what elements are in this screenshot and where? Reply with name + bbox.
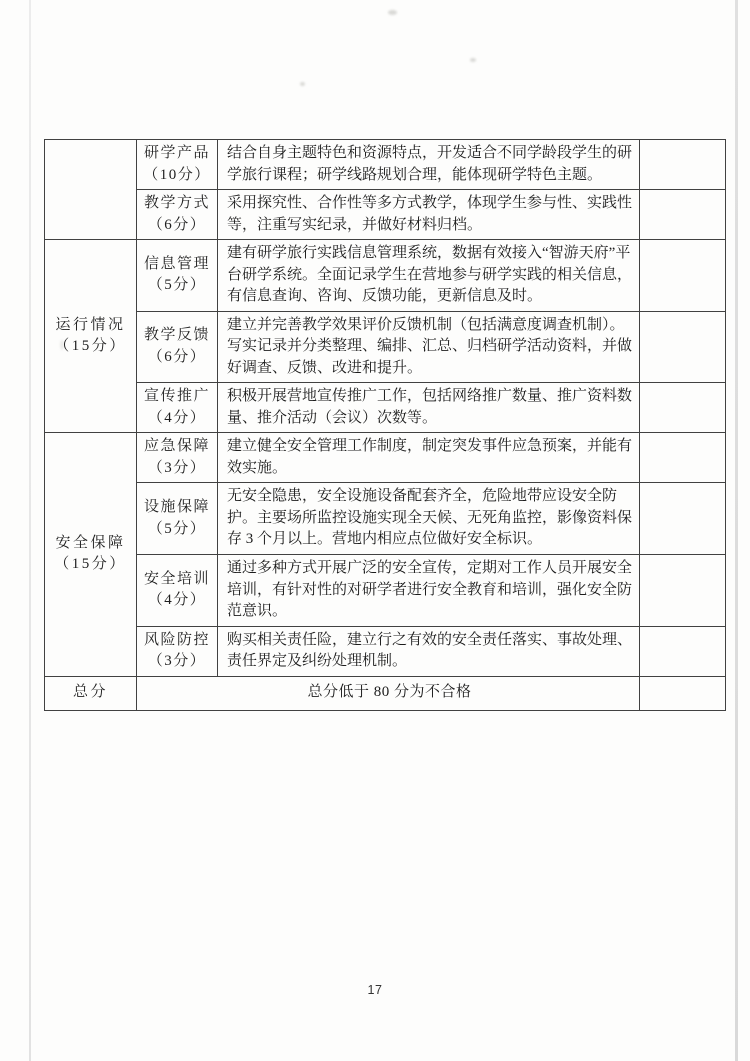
item-points: （5分） (138, 275, 216, 297)
item-points: （4分） (138, 590, 216, 612)
table-row: 安全培训 （4分） 通过多种方式开展广泛的安全宣传，定期对工作人员开展安全培训，… (45, 555, 726, 627)
item-cell: 信息管理 （5分） (137, 240, 218, 312)
score-cell (640, 676, 726, 710)
desc-cell: 购买相关责任险，建立行之有效的安全责任落实、事故处理、责任界定及纠纷处理机制。 (218, 626, 640, 676)
item-cell: 安全培训 （4分） (137, 555, 218, 627)
total-label-cell: 总分 (45, 676, 137, 710)
item-cell: 设施保障 （5分） (137, 483, 218, 555)
score-cell (640, 240, 726, 312)
table-row: 教学反馈 （6分） 建立并完善教学效果评价反馈机制（包括满意度调查机制）。写实记… (45, 311, 726, 383)
table-row-total: 总分 总分低于 80 分为不合格 (45, 676, 726, 710)
item-name: 设施保障 (138, 497, 216, 519)
desc-cell: 通过多种方式开展广泛的安全宣传，定期对工作人员开展安全培训，有针对性的对研学者进… (218, 555, 640, 627)
category-cell-continued (45, 140, 137, 240)
table-row: 设施保障 （5分） 无安全隐患，安全设施设备配套齐全，危险地带应设安全防护。主要… (45, 483, 726, 555)
item-name: 安全培训 (138, 569, 216, 591)
table-row: 风险防控 （3分） 购买相关责任险，建立行之有效的安全责任落实、事故处理、责任界… (45, 626, 726, 676)
score-cell (640, 140, 726, 190)
item-cell: 宣传推广 （4分） (137, 383, 218, 433)
item-name: 宣传推广 (138, 386, 216, 408)
table-row: 运行情况 （15分） 信息管理 （5分） 建有研学旅行实践信息管理系统，数据有效… (45, 240, 726, 312)
category-points: （15分） (46, 336, 135, 358)
item-points: （10分） (138, 165, 216, 187)
desc-cell: 建立并完善教学效果评价反馈机制（包括满意度调查机制）。写实记录并分类整理、编排、… (218, 311, 640, 383)
scan-edge-left (29, 0, 31, 1061)
score-cell (640, 190, 726, 240)
category-points: （15分） (46, 554, 135, 576)
category-name: 安全保障 (46, 533, 135, 555)
table-row: 宣传推广 （4分） 积极开展营地宣传推广工作，包括网络推广数量、推广资料数量、推… (45, 383, 726, 433)
score-cell (640, 311, 726, 383)
scan-speck (300, 82, 305, 86)
desc-cell: 积极开展营地宣传推广工作，包括网络推广数量、推广资料数量、推介活动（会议）次数等… (218, 383, 640, 433)
table-row: 安全保障 （15分） 应急保障 （3分） 建立健全安全管理工作制度，制定突发事件… (45, 433, 726, 483)
item-cell: 应急保障 （3分） (137, 433, 218, 483)
item-cell: 研学产品 （10分） (137, 140, 218, 190)
item-points: （5分） (138, 519, 216, 541)
desc-cell: 无安全隐患，安全设施设备配套齐全，危险地带应设安全防护。主要场所监控设施实现全天… (218, 483, 640, 555)
scan-speck (388, 10, 397, 15)
item-cell: 教学方式 （6分） (137, 190, 218, 240)
item-cell: 风险防控 （3分） (137, 626, 218, 676)
desc-cell: 采用探究性、合作性等多方式教学，体现学生参与性、实践性等，注重写实纪录，并做好材… (218, 190, 640, 240)
item-points: （6分） (138, 215, 216, 237)
item-name: 教学反馈 (138, 325, 216, 347)
item-points: （3分） (138, 651, 216, 673)
table-row: 教学方式 （6分） 采用探究性、合作性等多方式教学，体现学生参与性、实践性等，注… (45, 190, 726, 240)
scan-edge-right (735, 0, 738, 1061)
score-cell (640, 483, 726, 555)
category-cell-operations: 运行情况 （15分） (45, 240, 137, 433)
item-points: （6分） (138, 347, 216, 369)
desc-cell: 建有研学旅行实践信息管理系统，数据有效接入“智游天府”平台研学系统。全面记录学生… (218, 240, 640, 312)
item-name: 风险防控 (138, 630, 216, 652)
total-note-cell: 总分低于 80 分为不合格 (137, 676, 640, 710)
item-points: （4分） (138, 408, 216, 430)
item-name: 教学方式 (138, 193, 216, 215)
scan-speck (470, 58, 476, 62)
score-cell (640, 433, 726, 483)
item-name: 信息管理 (138, 254, 216, 276)
score-cell (640, 555, 726, 627)
evaluation-table: 研学产品 （10分） 结合自身主题特色和资源特点，开发适合不同学龄段学生的研学旅… (44, 139, 726, 711)
score-cell (640, 626, 726, 676)
item-cell: 教学反馈 （6分） (137, 311, 218, 383)
item-name: 研学产品 (138, 143, 216, 165)
desc-cell: 结合自身主题特色和资源特点，开发适合不同学龄段学生的研学旅行课程；研学线路规划合… (218, 140, 640, 190)
category-cell-safety: 安全保障 （15分） (45, 433, 137, 677)
table-row: 研学产品 （10分） 结合自身主题特色和资源特点，开发适合不同学龄段学生的研学旅… (45, 140, 726, 190)
desc-cell: 建立健全安全管理工作制度，制定突发事件应急预案，并能有效实施。 (218, 433, 640, 483)
score-cell (640, 383, 726, 433)
item-name: 应急保障 (138, 436, 216, 458)
page-number: 17 (0, 983, 750, 997)
item-points: （3分） (138, 458, 216, 480)
category-name: 运行情况 (46, 315, 135, 337)
